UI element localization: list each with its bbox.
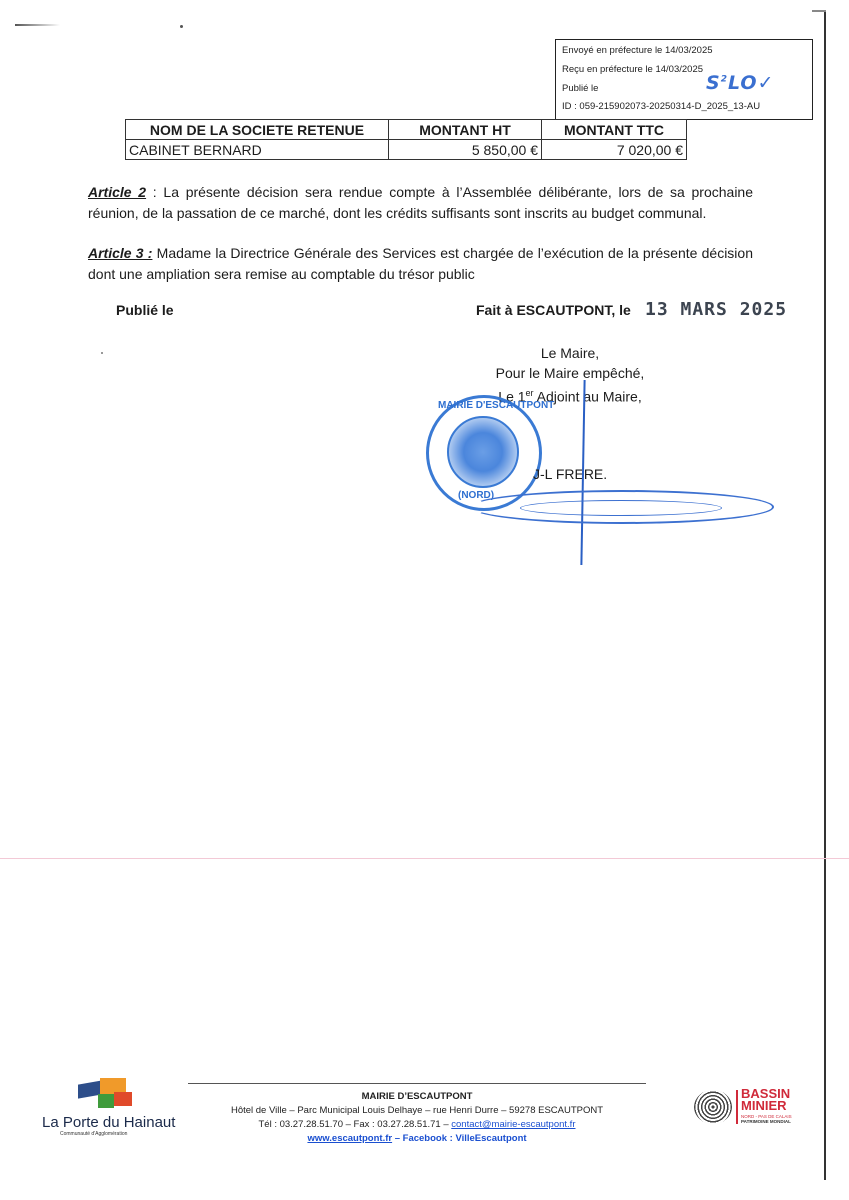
header-company: NOM DE LA SOCIETE RETENUE: [126, 120, 389, 140]
table-header-row: NOM DE LA SOCIETE RETENUE MONTANT HT MON…: [126, 120, 687, 140]
signatory-name: J-L FRERE.: [533, 466, 607, 482]
article-2-text: La présente décision sera rendue compte …: [88, 184, 753, 221]
scan-dot: [101, 352, 103, 354]
act-id: ID : 059-215902073-20250314-D_2025_13-AU: [562, 101, 760, 112]
prefecture-transmission-stamp: Envoyé en préfecture le 14/03/2025 Reçu …: [555, 39, 813, 120]
published-label: Publié le: [116, 302, 174, 318]
scan-line: [0, 858, 849, 859]
article-2-label: Article 2: [88, 184, 146, 200]
signature-line-2: Pour le Maire empêché,: [470, 363, 670, 383]
facebook-text: – Facebook : VilleEscautpont: [392, 1133, 526, 1144]
footer-divider: [188, 1083, 646, 1084]
page-edge: [824, 10, 826, 1180]
seal-emblem-icon: [447, 416, 519, 488]
scan-mark: [15, 24, 60, 26]
article-3-label: Article 3 :: [88, 245, 152, 261]
footer-org: MAIRIE D’ESCAUTPONT: [188, 1091, 646, 1102]
seal-top-text: MAIRIE D'ESCAUTPONT: [438, 400, 554, 411]
handwritten-signature-swirl: [520, 500, 722, 516]
table-row: CABINET BERNARD 5 850,00 € 7 020,00 €: [126, 140, 687, 160]
page-edge-corner: [812, 10, 826, 12]
date-stamp: 13 MARS 2025: [645, 299, 787, 320]
sent-date: Envoyé en préfecture le 14/03/2025: [562, 45, 713, 56]
made-at-label: Fait à ESCAUTPONT, le: [476, 302, 631, 318]
company-name: CABINET BERNARD: [126, 140, 389, 160]
article-3-text: Madame la Directrice Générale des Servic…: [88, 245, 753, 282]
received-date: Reçu en préfecture le 14/03/2025: [562, 64, 703, 75]
footer-address: Hôtel de Ville – Parc Municipal Louis De…: [188, 1105, 646, 1116]
header-amount-ttc: MONTANT TTC: [542, 120, 687, 140]
porte-du-hainaut-logo: La Porte du Hainaut Communauté d'Agglomé…: [40, 1078, 185, 1138]
amount-ttc: 7 020,00 €: [542, 140, 687, 160]
s2lo-logo-icon: S2LO✓: [706, 72, 774, 94]
email-link[interactable]: contact@mairie-escautpont.fr: [451, 1119, 575, 1130]
bassin-minier-logo: BASSIN MINIER NORD - PAS DE CALAIS PATRI…: [694, 1088, 824, 1128]
scan-dot: [180, 25, 183, 28]
header-amount-ht: MONTANT HT: [389, 120, 542, 140]
article-3: Article 3 : Madame la Directrice Général…: [88, 243, 753, 285]
published-date: Publié le: [562, 83, 598, 94]
signature-line-1: Le Maire,: [470, 343, 670, 363]
footer-contact: Tél : 03.27.28.51.70 – Fax : 03.27.28.51…: [188, 1119, 646, 1130]
selected-company-table: NOM DE LA SOCIETE RETENUE MONTANT HT MON…: [125, 119, 687, 160]
amount-ht: 5 850,00 €: [389, 140, 542, 160]
fingerprint-icon: [694, 1090, 732, 1124]
article-2: Article 2 : La présente décision sera re…: [88, 182, 753, 224]
website-link[interactable]: www.escautpont.fr: [307, 1133, 392, 1144]
footer-web: www.escautpont.fr – Facebook : VilleEsca…: [188, 1133, 646, 1144]
